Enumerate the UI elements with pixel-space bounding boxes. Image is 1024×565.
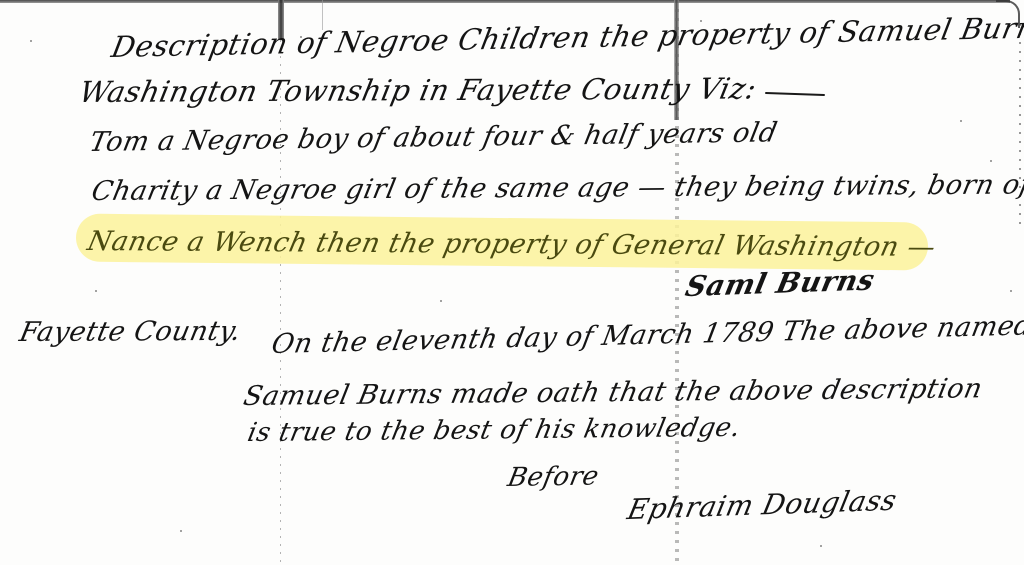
- scan-speck: [960, 120, 962, 122]
- highlighted-nance-line: Nance a Wench then the property of Gener…: [85, 226, 939, 263]
- scan-speck: [990, 160, 992, 162]
- scan-speck: [180, 530, 182, 532]
- county-label: Fayette County.: [17, 316, 244, 348]
- scan-top-edge: [0, 0, 1010, 3]
- scan-speck: [95, 290, 97, 292]
- scan-speck: [700, 20, 702, 22]
- oath-line-3: is true to the best of his knowledge.: [245, 413, 743, 448]
- document-page: Description of Negroe Children the prope…: [0, 0, 1024, 565]
- signature-ephraim-douglass: Ephraim Douglass: [624, 483, 899, 526]
- fold-crease: [280, 40, 281, 565]
- signature-samuel-burns: Saml Burns: [682, 263, 877, 303]
- scan-speck: [1010, 290, 1012, 292]
- scan-speck: [300, 36, 302, 38]
- oath-line-2: Samuel Burns made oath that the above de…: [241, 373, 985, 412]
- scan-speck: [440, 300, 442, 302]
- title-line-1: Description of Negroe Children the prope…: [109, 9, 1024, 64]
- before-label: Before: [505, 461, 601, 493]
- oath-line-1: On the eleventh day of March 1789 The ab…: [269, 310, 1024, 360]
- charity-line: Charity a Negroe girl of the same age — …: [89, 169, 1024, 207]
- scan-speck: [820, 545, 822, 547]
- flourish-dash: [765, 92, 825, 96]
- title-line-2: Washington Township in Fayette County Vi…: [76, 71, 759, 109]
- scan-speck: [30, 40, 32, 42]
